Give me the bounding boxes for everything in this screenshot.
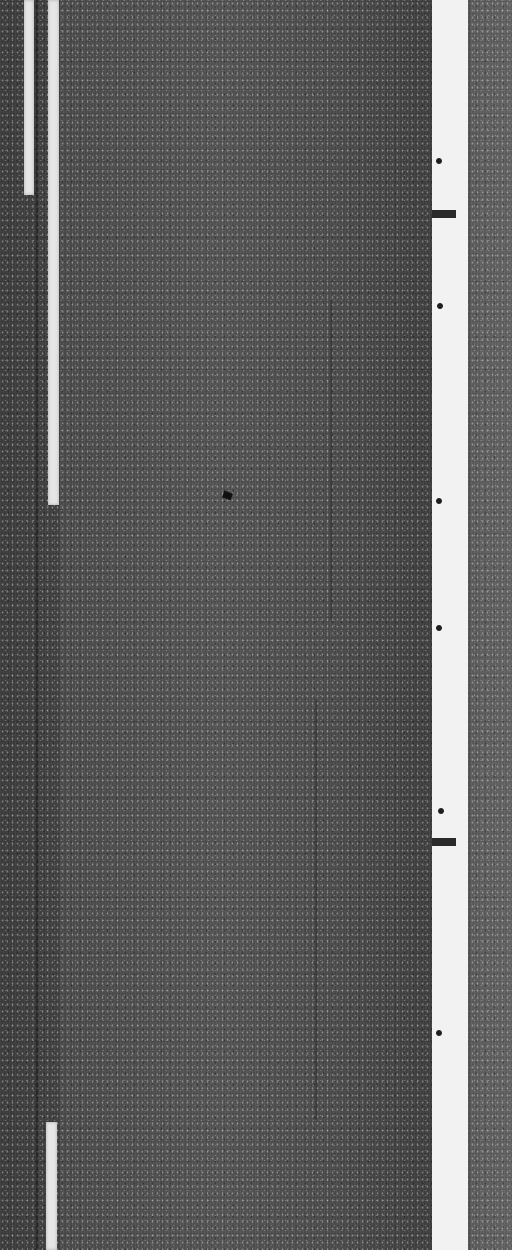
road-surface xyxy=(0,0,512,1250)
longitudinal-crack xyxy=(330,300,332,620)
stain-spot xyxy=(436,625,442,631)
stain-spot xyxy=(437,303,443,309)
longitudinal-crack xyxy=(315,700,317,1120)
edge-line-notch xyxy=(432,838,456,846)
left-outer-dashed-line xyxy=(24,0,34,195)
stain-spot xyxy=(436,498,442,504)
stain-spot xyxy=(436,158,442,164)
stain-spot xyxy=(438,808,444,814)
edge-line-notch xyxy=(432,210,456,218)
left-inner-dashed-line xyxy=(48,0,59,505)
left-inner-dashed-line xyxy=(46,1122,57,1250)
longitudinal-crack xyxy=(36,0,38,1250)
stain-spot xyxy=(436,1030,442,1036)
